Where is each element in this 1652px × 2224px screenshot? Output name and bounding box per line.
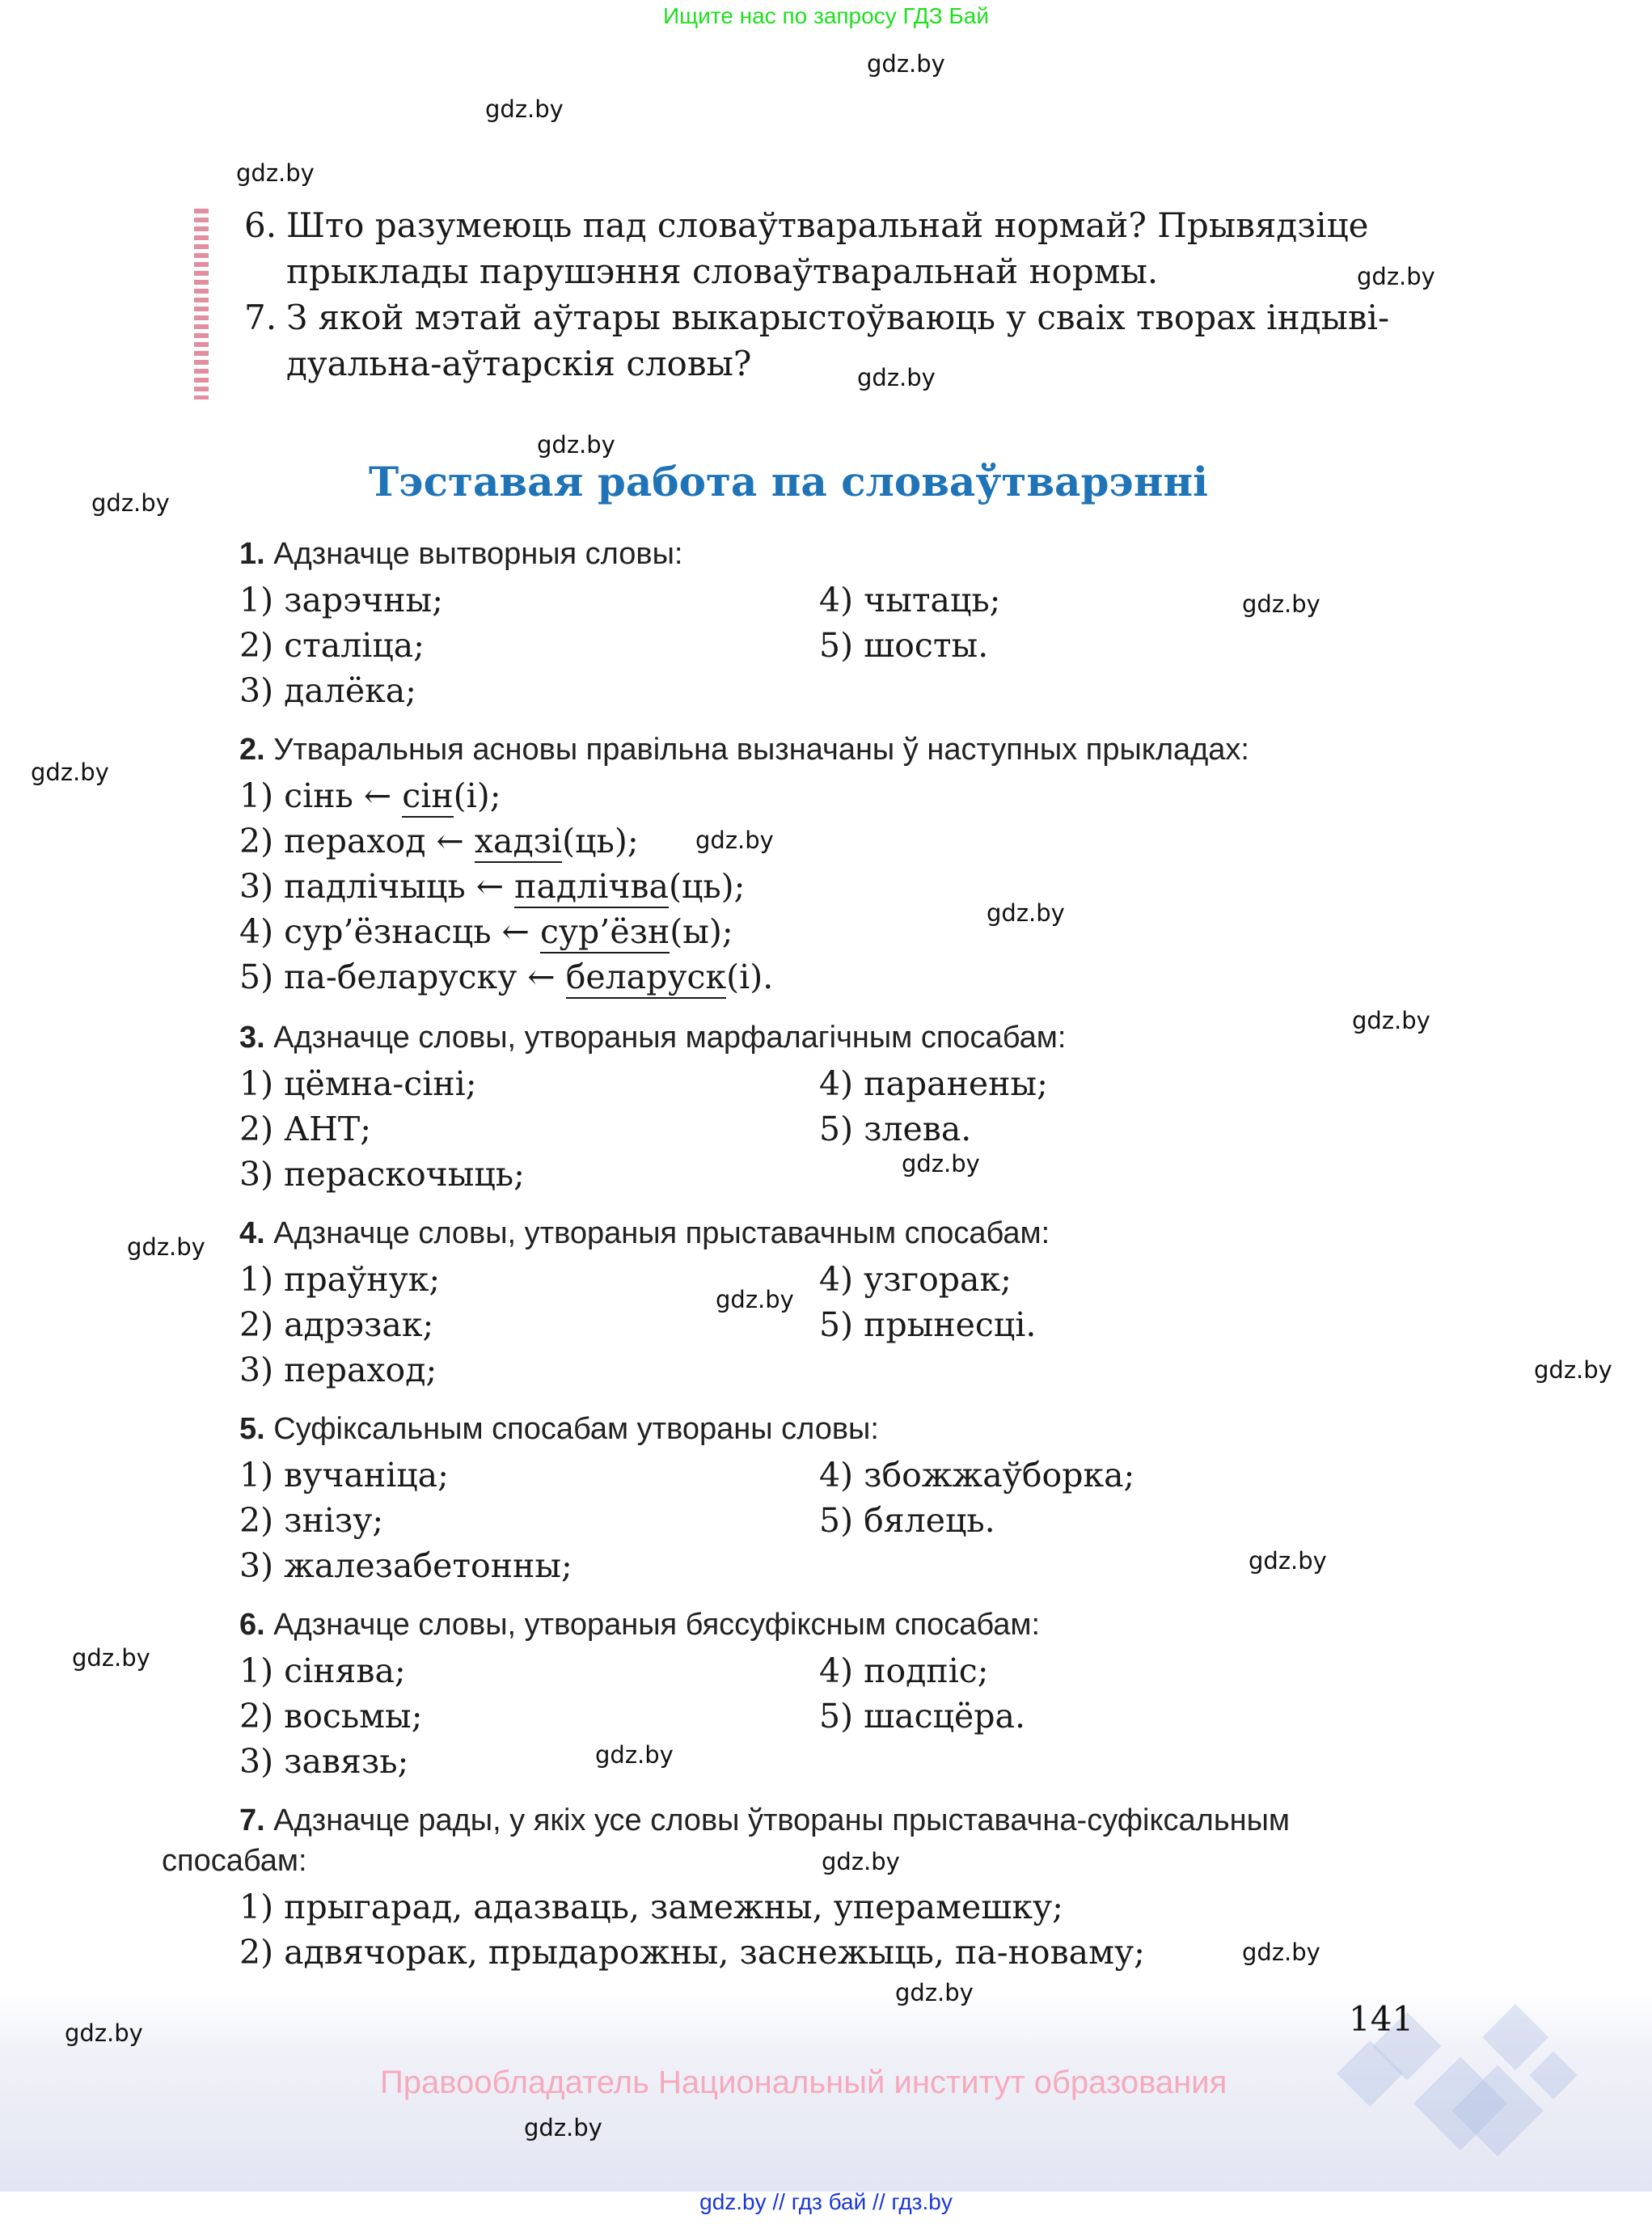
answer-option[interactable]: 3) пераход; — [239, 1351, 437, 1389]
answer-option[interactable]: 2) пераход ← хадзі(ць); — [239, 822, 639, 860]
watermark: gdz.by — [867, 50, 945, 78]
section-marker — [194, 209, 209, 400]
watermark: gdz.by — [127, 1233, 205, 1261]
watermark: gdz.by — [1249, 1547, 1327, 1575]
task-question: 4. Адзначце словы, утвораныя прыставачны… — [239, 1216, 1050, 1251]
answer-option[interactable]: 3) завязь; — [239, 1742, 408, 1781]
answer-option[interactable]: 3) пераскочыць; — [239, 1155, 525, 1194]
answer-option[interactable]: 2) адвячорак, прыдарожны, заснежыць, па-… — [239, 1933, 1145, 1972]
answer-option[interactable]: 2) знізу; — [239, 1501, 383, 1540]
watermark: gdz.by — [524, 2114, 602, 2142]
decorative-diamond — [1529, 2051, 1577, 2099]
watermark: gdz.by — [236, 159, 315, 187]
answer-option[interactable]: 5) шосты. — [819, 626, 988, 665]
answer-option[interactable]: 5) па-беларуску ← беларуск(і). — [239, 958, 773, 996]
answer-option[interactable]: 4) паранены; — [819, 1064, 1048, 1103]
task-question: 5. Суфіксальным спосабам утвораны словы: — [239, 1412, 879, 1447]
watermark: gdz.by — [716, 1286, 794, 1313]
review-question: 6. Што разумеюць пад словаўтваральнай но… — [244, 202, 1457, 294]
question-number: 7. — [244, 294, 286, 387]
answer-option[interactable]: 4) узгорак; — [819, 1260, 1012, 1299]
watermark: gdz.by — [822, 1848, 900, 1875]
watermark: gdz.by — [1352, 1007, 1430, 1034]
watermark: gdz.by — [65, 2019, 143, 2047]
question-text: З якой мэтай аўтары выкарыстоўваюць у св… — [286, 294, 1457, 387]
answer-option[interactable]: 3) далёка; — [239, 671, 416, 710]
site-links[interactable]: gdz.by // гдз бай // гдз.by — [0, 2189, 1652, 2215]
answer-option[interactable]: 1) прыгарад, адазваць, замежны, уперамеш… — [239, 1888, 1063, 1926]
question-text: Што разумеюць пад словаўтваральнай норма… — [286, 202, 1457, 294]
answer-option[interactable]: 2) адрэзак; — [239, 1305, 433, 1344]
watermark: gdz.by — [485, 95, 564, 123]
answer-option[interactable]: 4) чытаць; — [819, 581, 1000, 619]
task-question: 1. Адзначце вытворныя словы: — [239, 537, 682, 572]
answer-option[interactable]: 5) бялець. — [819, 1501, 995, 1540]
review-questions: 6. Што разумеюць пад словаўтваральнай но… — [244, 202, 1457, 387]
copyright-notice: Правообладатель Национальный институт об… — [380, 2065, 1227, 2101]
watermark: gdz.by — [1242, 590, 1320, 618]
answer-option[interactable]: 1) сінява; — [239, 1651, 406, 1690]
answer-option[interactable]: 4) сур’ёзнасць ← сур’ёзн(ы); — [239, 912, 733, 951]
answer-option[interactable]: 2) восьмы; — [239, 1697, 423, 1736]
watermark: gdz.by — [1534, 1356, 1612, 1384]
answer-option[interactable]: 3) жалезабетонны; — [239, 1546, 572, 1585]
decorative-diamond — [1482, 2004, 1548, 2070]
section-title: Тэставая работа па словаўтварэнні — [0, 458, 1577, 505]
task-question: 6. Адзначце словы, утвораныя бяссуфіксны… — [239, 1608, 1040, 1643]
answer-option[interactable]: 5) злева. — [819, 1110, 971, 1148]
answer-option[interactable]: 2) АНТ; — [239, 1110, 371, 1148]
answer-option[interactable]: 1) вучаніца; — [239, 1456, 449, 1495]
page-number: 141 — [1349, 1999, 1413, 2039]
search-banner: Ищите нас по запросу ГДЗ Бай — [0, 3, 1652, 29]
answer-option[interactable]: 1) праўнук; — [239, 1260, 440, 1299]
watermark: gdz.by — [695, 827, 774, 854]
watermark: gdz.by — [895, 1979, 974, 2006]
watermark: gdz.by — [902, 1150, 980, 1178]
watermark: gdz.by — [31, 759, 109, 786]
task-question: 2. Утваральныя асновы правільна вызначан… — [239, 733, 1249, 767]
answer-option[interactable]: 1) зарэчны; — [239, 581, 443, 619]
task-question-continued: спосабам: — [162, 1844, 307, 1879]
task-question: 3. Адзначце словы, утвораныя марфалагічн… — [239, 1021, 1066, 1055]
answer-option[interactable]: 1) цёмна-сіні; — [239, 1064, 477, 1103]
watermark: gdz.by — [595, 1741, 674, 1769]
task-question: 7. Адзначце рады, у якіх усе словы ўтвор… — [239, 1803, 1290, 1838]
answer-option[interactable]: 4) збожжаўборка; — [819, 1456, 1134, 1495]
answer-option[interactable]: 1) сінь ← сін(і); — [239, 776, 501, 815]
answer-option[interactable]: 4) подпіс; — [819, 1651, 989, 1690]
watermark: gdz.by — [987, 899, 1065, 927]
review-question: 7. З якой мэтай аўтары выкарыстоўваюць у… — [244, 294, 1457, 387]
answer-option[interactable]: 3) падлічыць ← падлічва(ць); — [239, 867, 745, 906]
watermark: gdz.by — [1242, 1939, 1320, 1966]
watermark: gdz.by — [537, 431, 615, 459]
question-number: 6. — [244, 202, 286, 294]
answer-option[interactable]: 2) сталіца; — [239, 626, 425, 665]
answer-option[interactable]: 5) прынесці. — [819, 1305, 1036, 1344]
watermark: gdz.by — [72, 1644, 150, 1672]
answer-option[interactable]: 5) шасцёра. — [819, 1697, 1025, 1736]
